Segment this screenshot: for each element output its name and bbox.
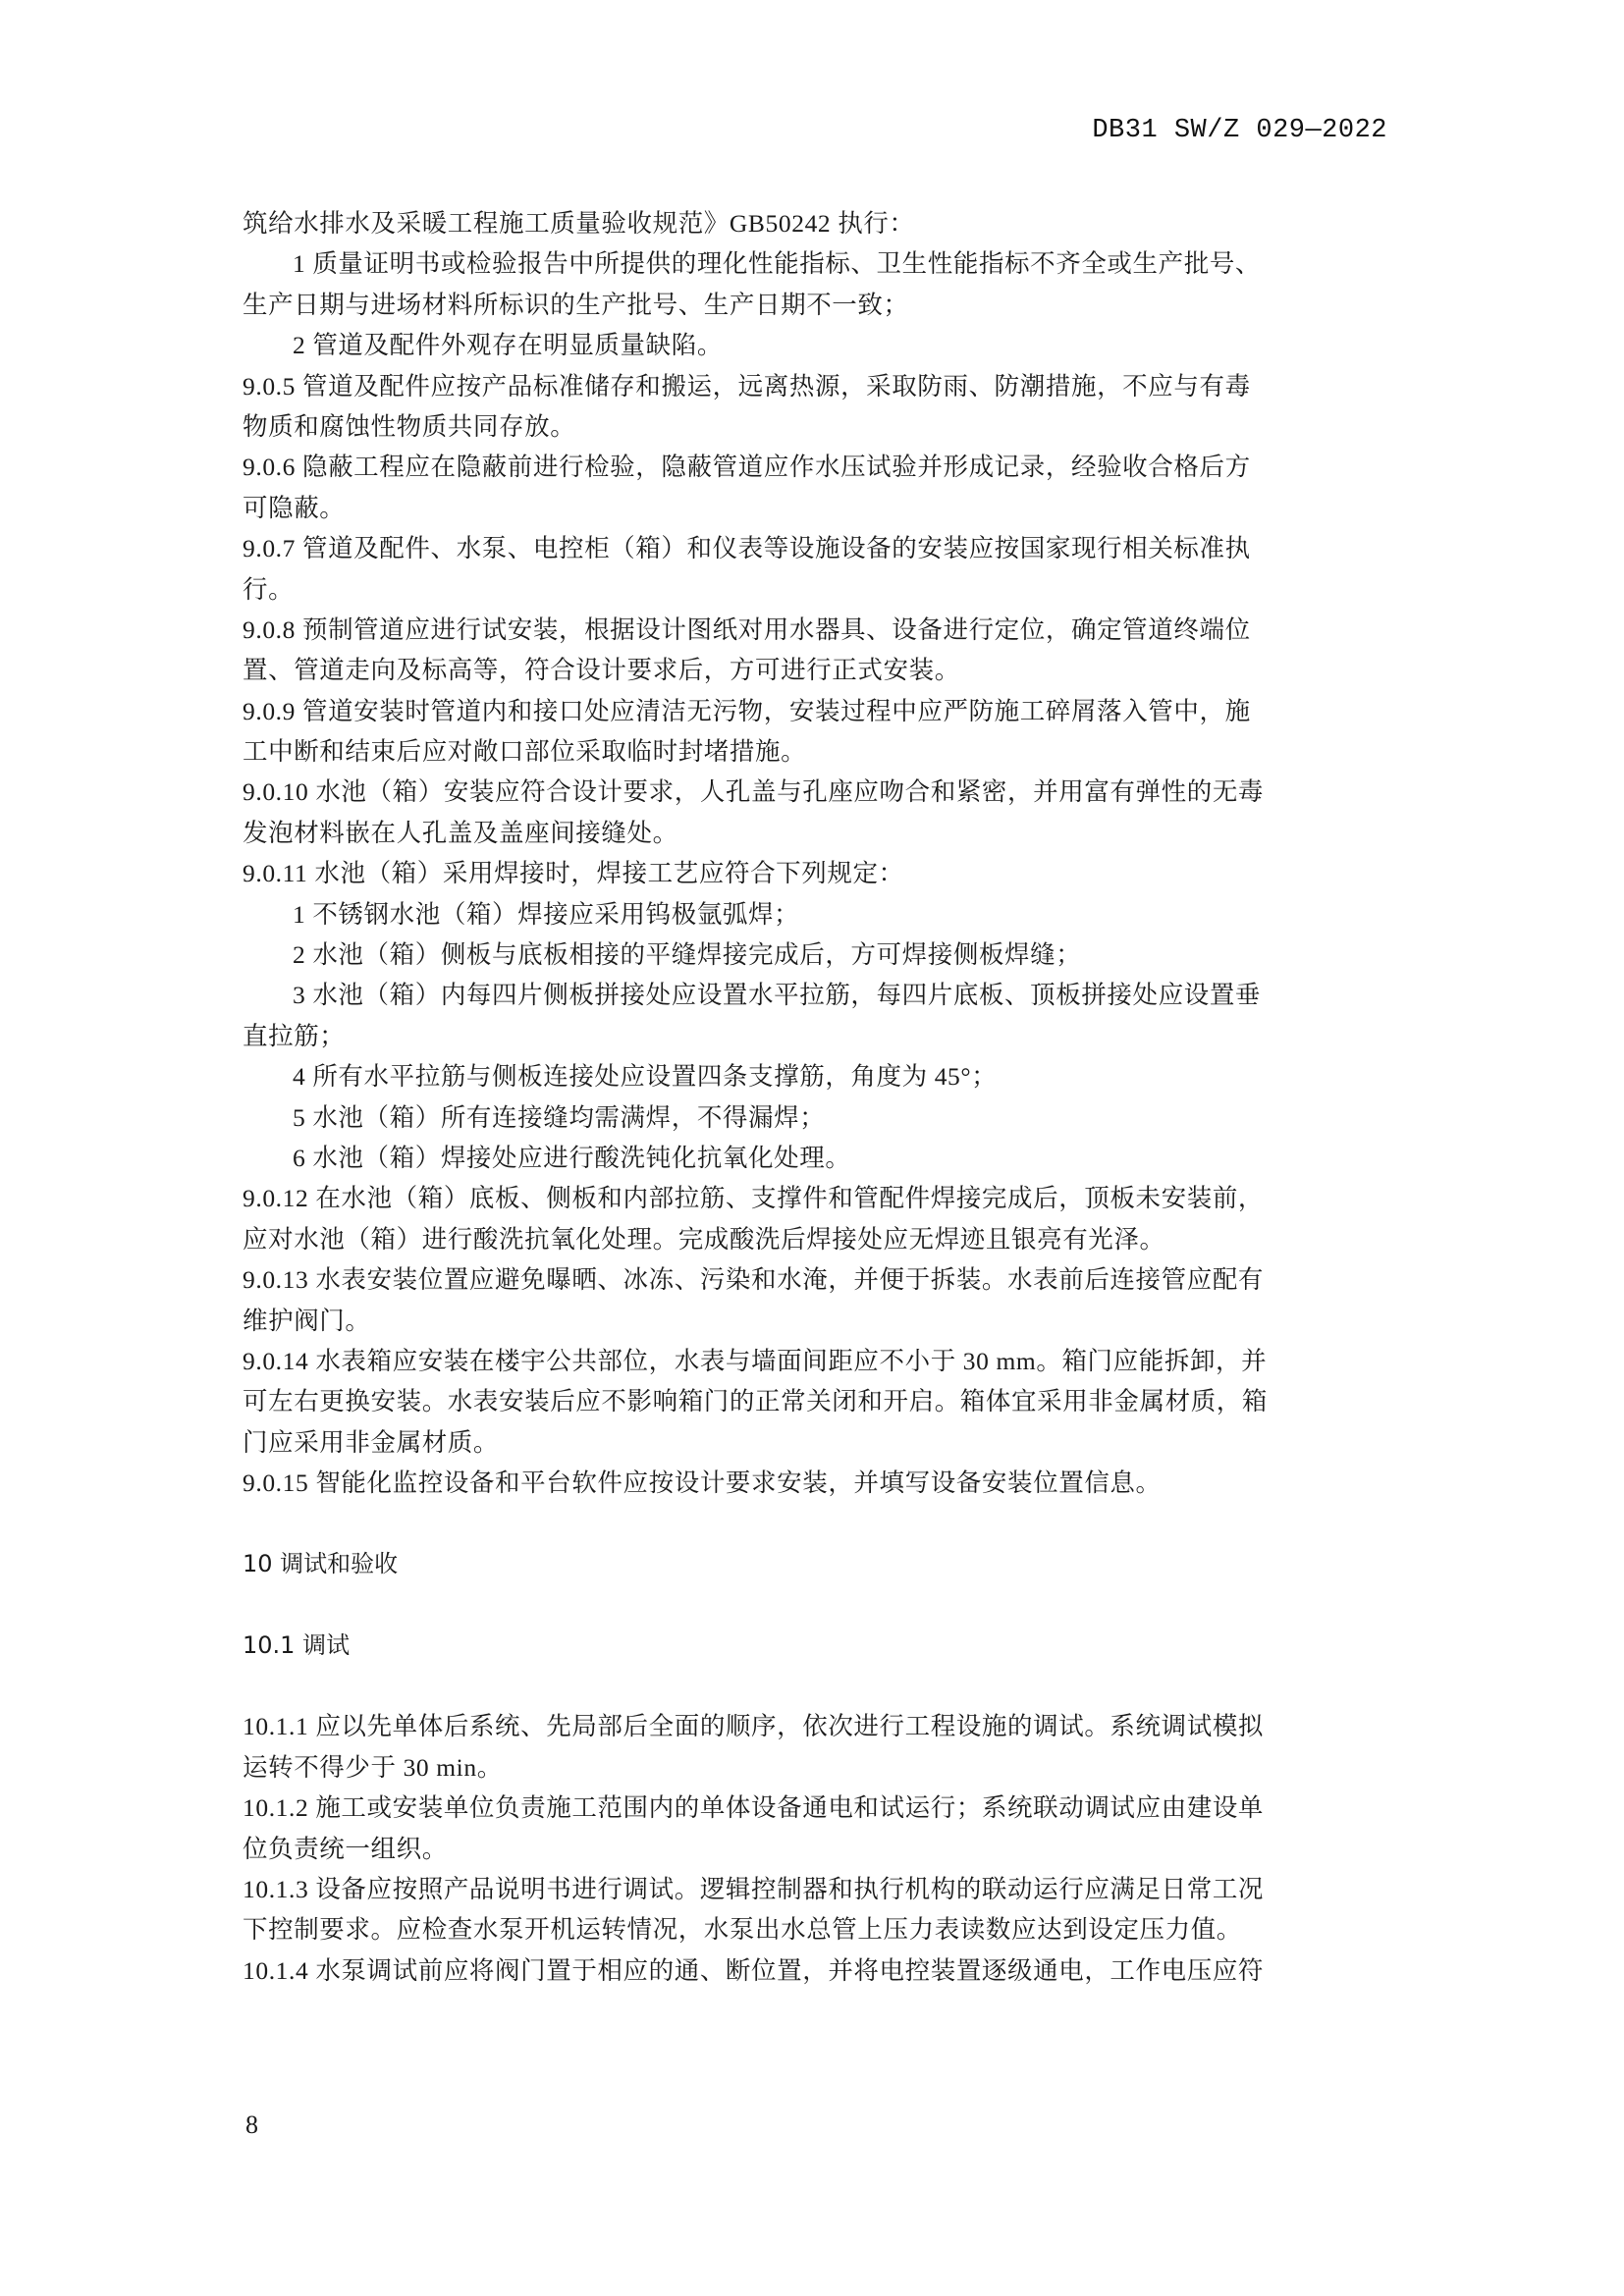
- text-line: 位负责统一组织。: [243, 1829, 1389, 1869]
- clause-9-0-14: 9.0.14 水表箱应安装在楼宇公共部位，水表与墙面间距应不小于 30 mm。箱…: [243, 1341, 1389, 1381]
- clause-9-0-15: 9.0.15 智能化监控设备和平台软件应按设计要求安装，并填写设备安装位置信息。: [243, 1463, 1389, 1503]
- list-item: 1 质量证明书或检验报告中所提供的理化性能指标、卫生性能指标不齐全或生产批号、: [243, 243, 1389, 284]
- list-item: 3 水池（箱）内每四片侧板拼接处应设置水平拉筋，每四片底板、顶板拼接处应设置垂: [243, 975, 1389, 1015]
- clause-10-1-2: 10.1.2 施工或安装单位负责施工范围内的单体设备通电和试运行；系统联动调试应…: [243, 1788, 1389, 1828]
- text-line: 行。: [243, 569, 1389, 610]
- clause-9-0-5: 9.0.5 管道及配件应按产品标准储存和搬运，远离热源，采取防雨、防潮措施，不应…: [243, 366, 1389, 406]
- section-heading: 10 调试和验收: [243, 1544, 1389, 1584]
- clause-9-0-7: 9.0.7 管道及配件、水泵、电控柜（箱）和仪表等设施设备的安装应按国家现行相关…: [243, 528, 1389, 568]
- list-item: 6 水池（箱）焊接处应进行酸洗钝化抗氧化处理。: [243, 1138, 1389, 1178]
- list-item: 5 水池（箱）所有连接缝均需满焊，不得漏焊；: [243, 1097, 1389, 1138]
- spacer: [243, 1666, 1389, 1706]
- clause-9-0-12: 9.0.12 在水池（箱）底板、侧板和内部拉筋、支撑件和管配件焊接完成后，顶板未…: [243, 1178, 1389, 1218]
- clause-10-1-1: 10.1.1 应以先单体后系统、先局部后全面的顺序，依次进行工程设施的调试。系统…: [243, 1706, 1389, 1746]
- list-item: 1 不锈钢水池（箱）焊接应采用钨极氩弧焊；: [243, 894, 1389, 934]
- clause-9-0-13: 9.0.13 水表安装位置应避免曝晒、冰冻、污染和水淹，并便于拆装。水表前后连接…: [243, 1259, 1389, 1300]
- text-line: 门应采用非金属材质。: [243, 1422, 1389, 1463]
- clause-10-1-3: 10.1.3 设备应按照产品说明书进行调试。逻辑控制器和执行机构的联动运行应满足…: [243, 1869, 1389, 1909]
- text-line: 置、管道走向及标高等，符合设计要求后，方可进行正式安装。: [243, 650, 1389, 690]
- list-item: 2 管道及配件外观存在明显质量缺陷。: [243, 325, 1389, 365]
- text-line: 物质和腐蚀性物质共同存放。: [243, 406, 1389, 447]
- clause-9-0-10: 9.0.10 水池（箱）安装应符合设计要求，人孔盖与孔座应吻合和紧密，并用富有弹…: [243, 772, 1389, 812]
- clause-9-0-9: 9.0.9 管道安装时管道内和接口处应清洁无污物，安装过程中应严防施工碎屑落入管…: [243, 691, 1389, 731]
- subsection-heading: 10.1 调试: [243, 1626, 1389, 1666]
- text-line: 生产日期与进场材料所标识的生产批号、生产日期不一致；: [243, 285, 1389, 325]
- text-line: 可隐蔽。: [243, 488, 1389, 528]
- text-line: 下控制要求。应检查水泵开机运转情况，水泵出水总管上压力表读数应达到设定压力值。: [243, 1909, 1389, 1949]
- spacer: [243, 1504, 1389, 1544]
- text-line: 工中断和结束后应对敞口部位采取临时封堵措施。: [243, 731, 1389, 772]
- clause-10-1-4: 10.1.4 水泵调试前应将阀门置于相应的通、断位置，并将电控装置逐级通电，工作…: [243, 1950, 1389, 1991]
- text-line: 运转不得少于 30 min。: [243, 1747, 1389, 1788]
- text-line: 发泡材料嵌在人孔盖及盖座间接缝处。: [243, 813, 1389, 853]
- text-line: 可左右更换安装。水表安装后应不影响箱门的正常关闭和开启。箱体宜采用非金属材质，箱: [243, 1381, 1389, 1421]
- clause-9-0-8: 9.0.8 预制管道应进行试安装，根据设计图纸对用水器具、设备进行定位，确定管道…: [243, 610, 1389, 650]
- list-item: 4 所有水平拉筋与侧板连接处应设置四条支撑筋，角度为 45°；: [243, 1056, 1389, 1096]
- list-item: 2 水池（箱）侧板与底板相接的平缝焊接完成后，方可焊接侧板焊缝；: [243, 934, 1389, 975]
- clause-9-0-6: 9.0.6 隐蔽工程应在隐蔽前进行检验，隐蔽管道应作水压试验并形成记录，经验收合…: [243, 447, 1389, 487]
- document-body: 筑给水排水及采暖工程施工质量验收规范》GB50242 执行： 1 质量证明书或检…: [243, 203, 1389, 1991]
- text-line: 筑给水排水及采暖工程施工质量验收规范》GB50242 执行：: [243, 203, 1389, 243]
- text-line: 直拉筋；: [243, 1016, 1389, 1056]
- page-number: 8: [245, 2110, 258, 2140]
- text-line: 维护阀门。: [243, 1301, 1389, 1341]
- spacer: [243, 1584, 1389, 1625]
- clause-9-0-11: 9.0.11 水池（箱）采用焊接时，焊接工艺应符合下列规定：: [243, 853, 1389, 893]
- text-line: 应对水池（箱）进行酸洗抗氧化处理。完成酸洗后焊接处应无焊迹且银亮有光泽。: [243, 1219, 1389, 1259]
- standard-code-header: DB31 SW/Z 029—2022: [1092, 116, 1387, 145]
